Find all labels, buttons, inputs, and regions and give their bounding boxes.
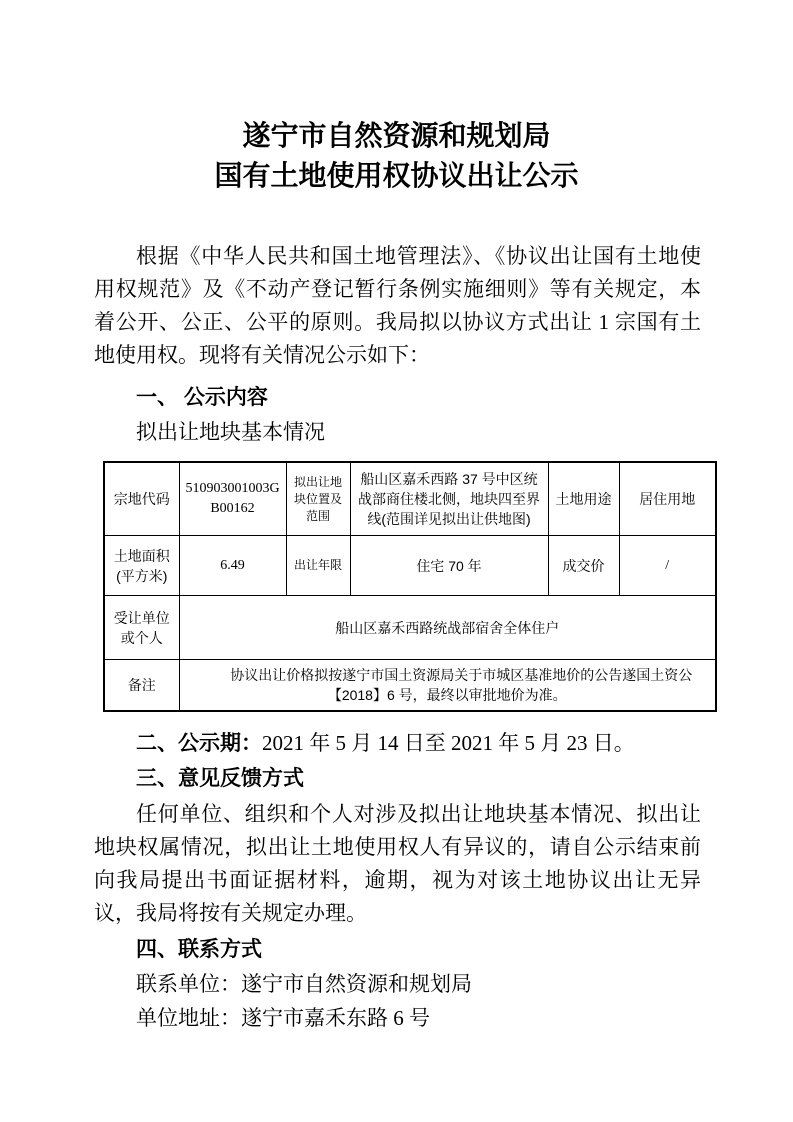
land-area-label: 土地面积(平方米) bbox=[104, 536, 179, 596]
section-3-heading: 三、意见反馈方式 bbox=[94, 761, 701, 796]
section-2-label: 二、公示期： bbox=[136, 732, 262, 755]
contact-unit-line: 联系单位：遂宁市自然资源和规划局 bbox=[94, 967, 701, 1001]
tenure-value: 住宅 70 年 bbox=[350, 536, 548, 596]
section-2-dates: 2021 年 5 月 14 日至 2021 年 5 月 23 日。 bbox=[262, 731, 635, 755]
document-title: 遂宁市自然资源和规划局 国有土地使用权协议出让公示 bbox=[0, 0, 793, 196]
parcel-code-label: 宗地代码 bbox=[104, 462, 179, 536]
title-line-2: 国有土地使用权协议出让公示 bbox=[0, 156, 793, 196]
section-1-heading: 一、 公示内容 bbox=[94, 380, 701, 415]
deal-price-value: / bbox=[619, 536, 716, 596]
document-body: 根据《中华人民共和国土地管理法》、《协议出让国有土地使用权规范》及《不动产登记暂… bbox=[94, 240, 701, 1035]
deal-price-label: 成交价 bbox=[548, 536, 619, 596]
tenure-label: 出让年限 bbox=[286, 536, 350, 596]
transferee-label: 受让单位或个人 bbox=[104, 596, 179, 660]
land-area-value: 6.49 bbox=[179, 536, 286, 596]
parcel-code-value: 510903001003GB00162 bbox=[179, 462, 286, 536]
table-row-parcel: 宗地代码 510903001003GB00162 拟出让地块位置及范围 船山区嘉… bbox=[104, 462, 716, 536]
document-page: 遂宁市自然资源和规划局 国有土地使用权协议出让公示 根据《中华人民共和国土地管理… bbox=[0, 0, 793, 1122]
section-2-heading: 二、公示期：2021 年 5 月 14 日至 2021 年 5 月 23 日。 bbox=[94, 726, 701, 761]
land-use-value: 居住用地 bbox=[619, 462, 716, 536]
location-value: 船山区嘉禾西路 37 号中区统战部商住楼北侧，地块四至界线(范围详见拟出让供地图… bbox=[350, 462, 548, 536]
remarks-label: 备注 bbox=[104, 660, 179, 712]
feedback-paragraph: 任何单位、组织和个人对涉及拟出让地块基本情况、拟出让地块权属情况，拟出让土地使用… bbox=[94, 798, 701, 930]
title-line-1: 遂宁市自然资源和规划局 bbox=[0, 116, 793, 156]
section-4-heading: 四、联系方式 bbox=[94, 932, 701, 967]
transferee-value: 船山区嘉禾西路统战部宿舍全体住户 bbox=[179, 596, 716, 660]
table-row-transferee: 受让单位或个人 船山区嘉禾西路统战部宿舍全体住户 bbox=[104, 596, 716, 660]
table-row-area: 土地面积(平方米) 6.49 出让年限 住宅 70 年 成交价 / bbox=[104, 536, 716, 596]
land-use-label: 土地用途 bbox=[548, 462, 619, 536]
table-row-remarks: 备注 协议出让价格拟按遂宁市国土资源局关于市城区基准地价的公告遂国土资公【201… bbox=[104, 660, 716, 712]
intro-paragraph: 根据《中华人民共和国土地管理法》、《协议出让国有土地使用权规范》及《不动产登记暂… bbox=[94, 240, 701, 372]
remarks-value: 协议出让价格拟按遂宁市国土资源局关于市城区基准地价的公告遂国土资公【2018】6… bbox=[179, 660, 716, 712]
land-info-table: 宗地代码 510903001003GB00162 拟出让地块位置及范围 船山区嘉… bbox=[103, 461, 717, 712]
location-label: 拟出让地块位置及范围 bbox=[286, 462, 350, 536]
table-caption: 拟出让地块基本情况 bbox=[94, 415, 701, 450]
unit-address-line: 单位地址：遂宁市嘉禾东路 6 号 bbox=[94, 1001, 701, 1035]
